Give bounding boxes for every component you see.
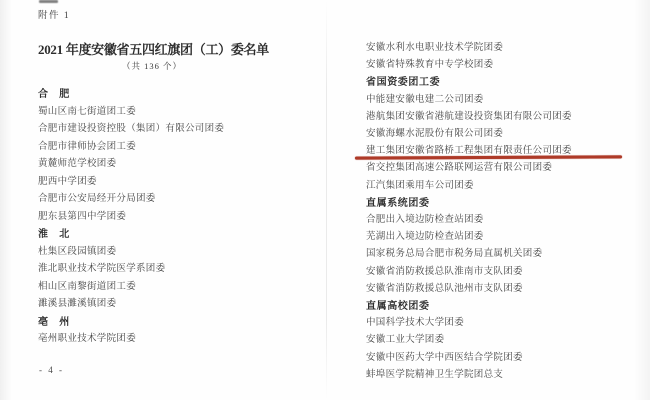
page-divider	[326, 0, 327, 400]
list-item: 安徽中医药大学中西医结合学院团委	[366, 350, 618, 367]
list-item: 蜀山区南七街道团工委	[38, 104, 224, 122]
list-item: 芜湖出入境边防检查站团委	[366, 229, 618, 246]
list-item: 合肥市公安局经开分局团委	[38, 191, 224, 209]
cropped-text-fragment	[39, 0, 58, 3]
list-item: 中能建安徽电建二公司团委	[366, 92, 618, 109]
list-item: 建工集团安徽省路桥工程集团有限责任公司团委	[366, 143, 618, 160]
list-item: 亳州职业技术学院团委	[38, 331, 224, 349]
page-number: - 4 -	[39, 365, 64, 375]
list-item: 中国科学技术大学团委	[366, 315, 618, 332]
section-heading: 省国资委团工委	[366, 74, 618, 91]
list-item: 合肥市建设投资控股（集团）有限公司团委	[38, 121, 224, 139]
page-subtitle: （共 136 个）	[38, 60, 266, 72]
section-heading: 合 肥	[38, 86, 224, 104]
list-item: 相山区南黎街道团工委	[38, 279, 224, 297]
list-item: 安徽省特殊教育中专学校团委	[366, 57, 618, 74]
list-item: 安徽省消防救援总队淮南市支队团委	[366, 264, 618, 281]
section-heading: 亳 州	[38, 314, 224, 332]
list-item: 蚌埠医学院精神卫生学院团总支	[366, 367, 618, 384]
document-photo: 附件 1 2021 年度安徽省五四红旗团（工）委名单 （共 136 个） 合 肥…	[0, 0, 650, 400]
red-underline-highlight	[355, 155, 622, 159]
list-item: 杜集区段园镇团委	[38, 244, 224, 262]
list-item: 黄麓师范学校团委	[38, 156, 224, 174]
list-item: 合肥出入境边防检查站团委	[366, 212, 618, 229]
left-page-body: 合 肥蜀山区南七街道团工委合肥市建设投资控股（集团）有限公司团委合肥市律师协会团…	[38, 86, 224, 349]
list-item: 濉溪县濉溪镇团委	[38, 296, 224, 314]
page-title: 2021 年度安徽省五四红旗团（工）委名单	[38, 39, 269, 58]
list-item: 国家税务总局合肥市税务局直属机关团委	[366, 246, 618, 263]
attachment-label: 附件 1	[38, 7, 70, 21]
section-heading: 直属系统团委	[366, 195, 618, 212]
list-item: 港航集团安徽省港航建设投资集团有限公司团委	[366, 109, 618, 126]
list-item: 淮北职业技术学院医学系团委	[38, 261, 224, 279]
list-item: 江汽集团乘用车公司团委	[366, 178, 618, 195]
list-item: 安徽省消防救援总队池州市支队团委	[366, 281, 618, 298]
list-item: 省交控集团高速公路联网运营有限公司团委	[366, 160, 618, 177]
list-item: 安徽水利水电职业技术学院团委	[366, 40, 618, 57]
list-item: 安徽工业大学团委	[366, 332, 618, 349]
list-item: 合肥市律师协会团工委	[38, 139, 224, 157]
list-item: 安徽海螺水泥股份有限公司团委	[366, 126, 618, 143]
right-page-body: 安徽水利水电职业技术学院团委安徽省特殊教育中专学校团委省国资委团工委中能建安徽电…	[366, 40, 618, 384]
list-item: 肥西中学团委	[38, 174, 224, 192]
section-heading: 直属高校团委	[366, 298, 618, 315]
list-item: 肥东县第四中学团委	[38, 209, 224, 227]
section-heading: 淮 北	[38, 226, 224, 244]
